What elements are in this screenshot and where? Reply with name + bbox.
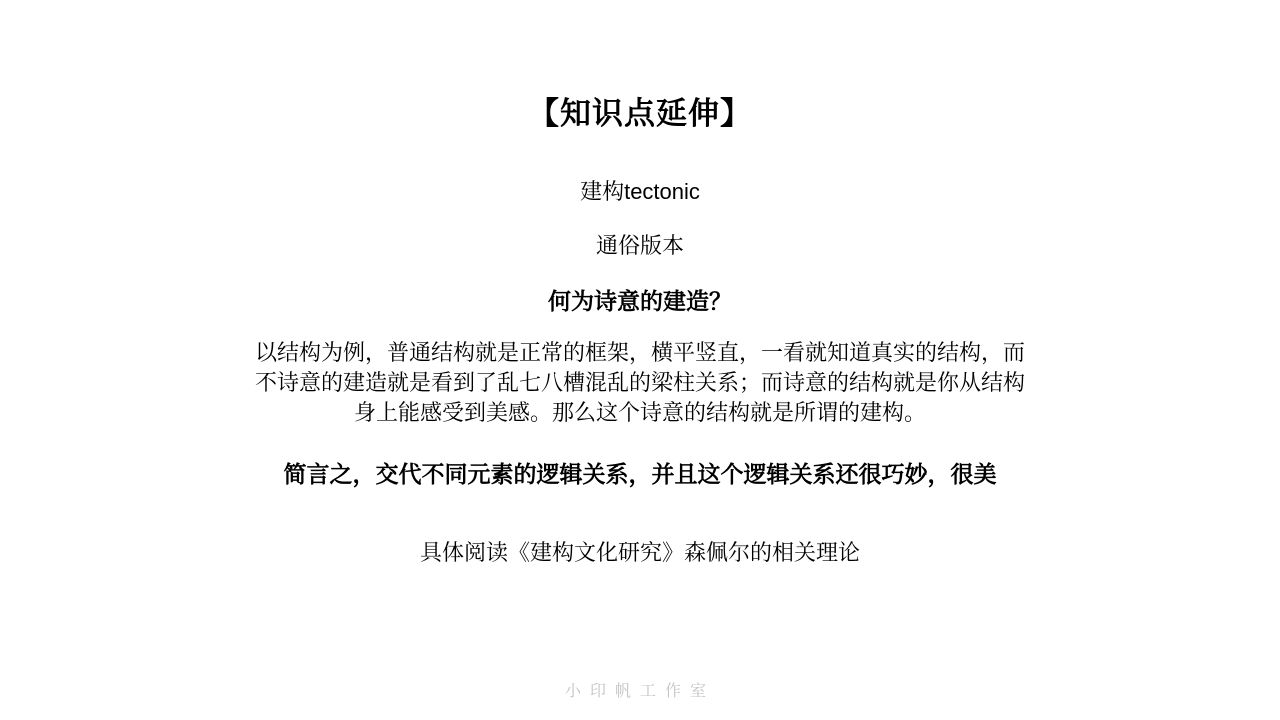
version-label: 通俗版本 [0,229,1280,260]
slide-canvas: 【知识点延伸】 建构tectonic 通俗版本 何为诗意的建造？ 以结构为例，普… [0,0,1280,720]
paragraph-line-3: 身上能感受到美感。那么这个诗意的结构就是所谓的建构。 [210,398,1070,428]
studio-watermark: 小印帆工作室 [0,678,1280,701]
reading-reference: 具体阅读《建构文化研究》森佩尔的相关理论 [0,536,1280,567]
body-paragraph: 以结构为例，普通结构就是正常的框架，横平竖直，一看就知道真实的结构，而 不诗意的… [210,338,1070,428]
topic-subtitle: 建构tectonic [0,175,1280,206]
question-heading: 何为诗意的建造？ [0,283,1280,316]
slide-title: 【知识点延伸】 [0,88,1280,133]
paragraph-line-2: 不诗意的建造就是看到了乱七八槽混乱的梁柱关系；而诗意的结构就是你从结构 [210,368,1070,398]
paragraph-line-1: 以结构为例，普通结构就是正常的框架，横平竖直，一看就知道真实的结构，而 [210,338,1070,368]
summary-statement: 简言之，交代不同元素的逻辑关系，并且这个逻辑关系还很巧妙，很美 [0,456,1280,489]
